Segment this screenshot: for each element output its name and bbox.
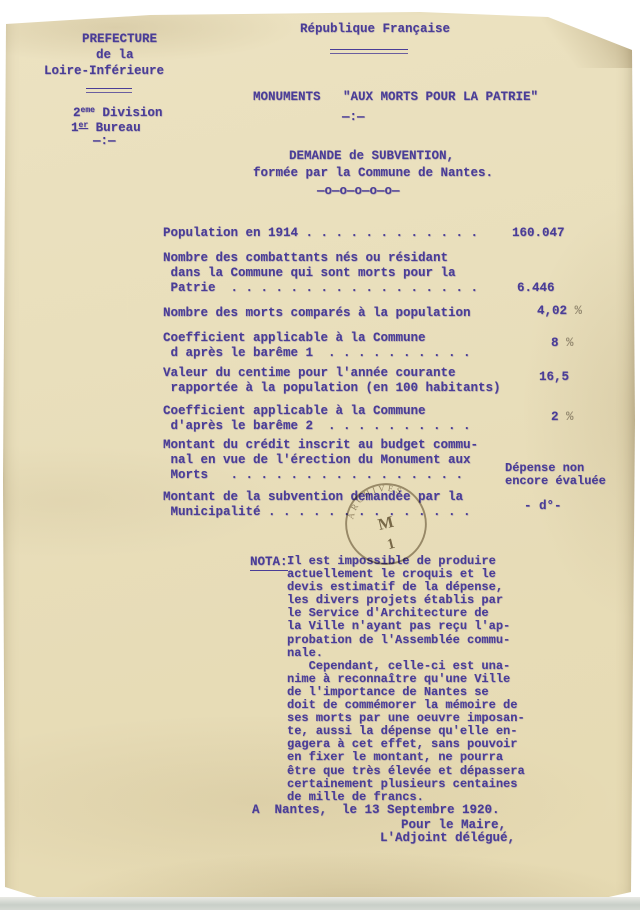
- row-value: 4,02 %: [537, 304, 582, 319]
- prefecture-subtitle: de la: [96, 48, 134, 63]
- title-separator: —:—: [342, 110, 365, 125]
- row-value: - d°-: [524, 499, 562, 514]
- row-value: Dépense non encore évaluée: [505, 462, 606, 487]
- row-value: 160.047: [512, 226, 572, 241]
- subtitle-line2: formée par la Commune de Nantes.: [253, 166, 493, 181]
- date-line: A Nantes, le 13 Septembre 1920.: [252, 803, 500, 818]
- document-title: MONUMENTS "AUX MORTS POUR LA PATRIE": [253, 90, 538, 105]
- stamp-number: 1: [386, 536, 397, 553]
- subtitle-separator: —o—o—o—o—o—: [317, 184, 400, 199]
- nota-text: Il est impossible de produire actuelleme…: [287, 555, 525, 804]
- header-left-separator: —:—: [93, 134, 116, 149]
- row-label: Montant du crédit inscrit au budget comm…: [163, 438, 478, 483]
- subtitle-line1: DEMANDE de SUBVENTION,: [289, 149, 454, 164]
- row-label: Coefficient applicable à la Commune d ap…: [163, 331, 471, 361]
- row-value: 16,5: [539, 370, 577, 385]
- document-page: PREFECTURE de la Loire-Inférieure 2eme D…: [0, 0, 640, 910]
- departement-name: Loire-Inférieure: [44, 64, 164, 79]
- separator-line: [86, 88, 132, 93]
- prefecture-title: PREFECTURE: [82, 32, 157, 47]
- republique-header: République Française: [300, 22, 450, 37]
- row-value: 8 %: [551, 336, 574, 351]
- separator-line: [330, 49, 408, 54]
- row-label: Coefficient applicable à la Commune d'ap…: [163, 404, 471, 434]
- row-label: Nombre des morts comparés à la populatio…: [163, 306, 471, 321]
- scan-edge: [0, 897, 640, 910]
- signature-line2: L'Adjoint délégué,: [380, 831, 515, 846]
- row-label: Montant de la subvention demandée par la…: [163, 490, 471, 520]
- row-value: 2 %: [551, 410, 574, 425]
- nota-label: NOTA:: [250, 555, 288, 570]
- paper-fold-corner: [535, 10, 635, 68]
- row-label: Nombre des combattants nés ou résidant d…: [163, 251, 478, 296]
- row-label: Population en 1914 . . . . . . . . . . .…: [163, 226, 478, 241]
- row-label: Valeur du centime pour l'année courante …: [163, 366, 501, 396]
- row-value: 6.446: [517, 281, 562, 296]
